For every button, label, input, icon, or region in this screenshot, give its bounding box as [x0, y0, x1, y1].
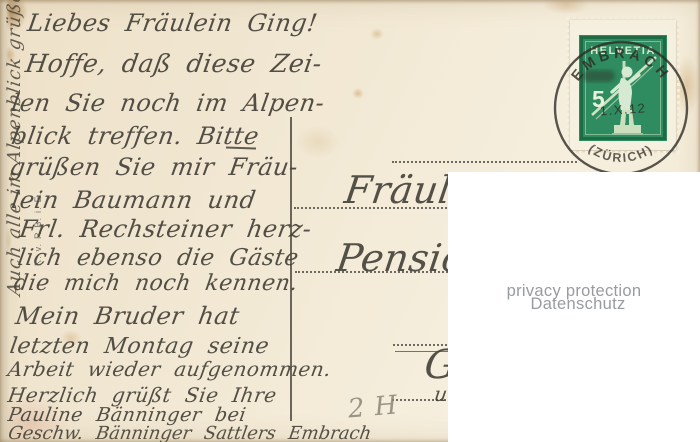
message-line: grüßen Sie mir Fräu-	[8, 153, 301, 181]
postmark-date: 1.X.12	[599, 100, 647, 118]
vertical-side-note: Auch alle im Alpenblick grüßen	[4, 0, 25, 297]
message-line: lich ebenso die Gäste	[16, 245, 301, 271]
message-line: Hoffe, daß diese Zei-	[23, 49, 324, 78]
postmark-smudge	[583, 70, 615, 82]
message-line: Geschw. Bänninger Sattlers Embrach	[7, 423, 373, 442]
privacy-line-german: Datenschutz	[448, 298, 700, 311]
postmark-cancel: EMBRACH (ZÜRICH) 1.X.12	[549, 36, 693, 180]
message-line: Frl. Rechsteiner herz-	[18, 215, 314, 243]
message-line: Mein Bruder hat	[14, 302, 242, 330]
pencil-mark-2h: 2H	[347, 389, 409, 424]
message-line: letzten Montag seine	[8, 334, 271, 359]
postmark-region: (ZÜRICH)	[586, 142, 656, 166]
publisher-imprint: K. v. R.B. i. E.	[33, 136, 43, 266]
message-line: die mich noch kennen.	[12, 271, 300, 296]
svg-text:(ZÜRICH): (ZÜRICH)	[586, 142, 656, 166]
message-line: lein Baumann und	[10, 186, 258, 214]
message-line: len Sie noch im Alpen-	[10, 89, 327, 117]
postcard-back-scan: Liebes Fräulein Ging!Hoffe, daß diese Ze…	[0, 0, 700, 442]
privacy-overlay-box: privacy protection Datenschutz	[448, 172, 700, 442]
message-line: blick treffen. Bitte	[10, 122, 262, 150]
message-line: Arbeit wieder aufgenommen.	[6, 357, 333, 381]
message-line: Liebes Fräulein Ging!	[26, 9, 320, 37]
privacy-overlay-text: privacy protection Datenschutz	[448, 285, 700, 311]
